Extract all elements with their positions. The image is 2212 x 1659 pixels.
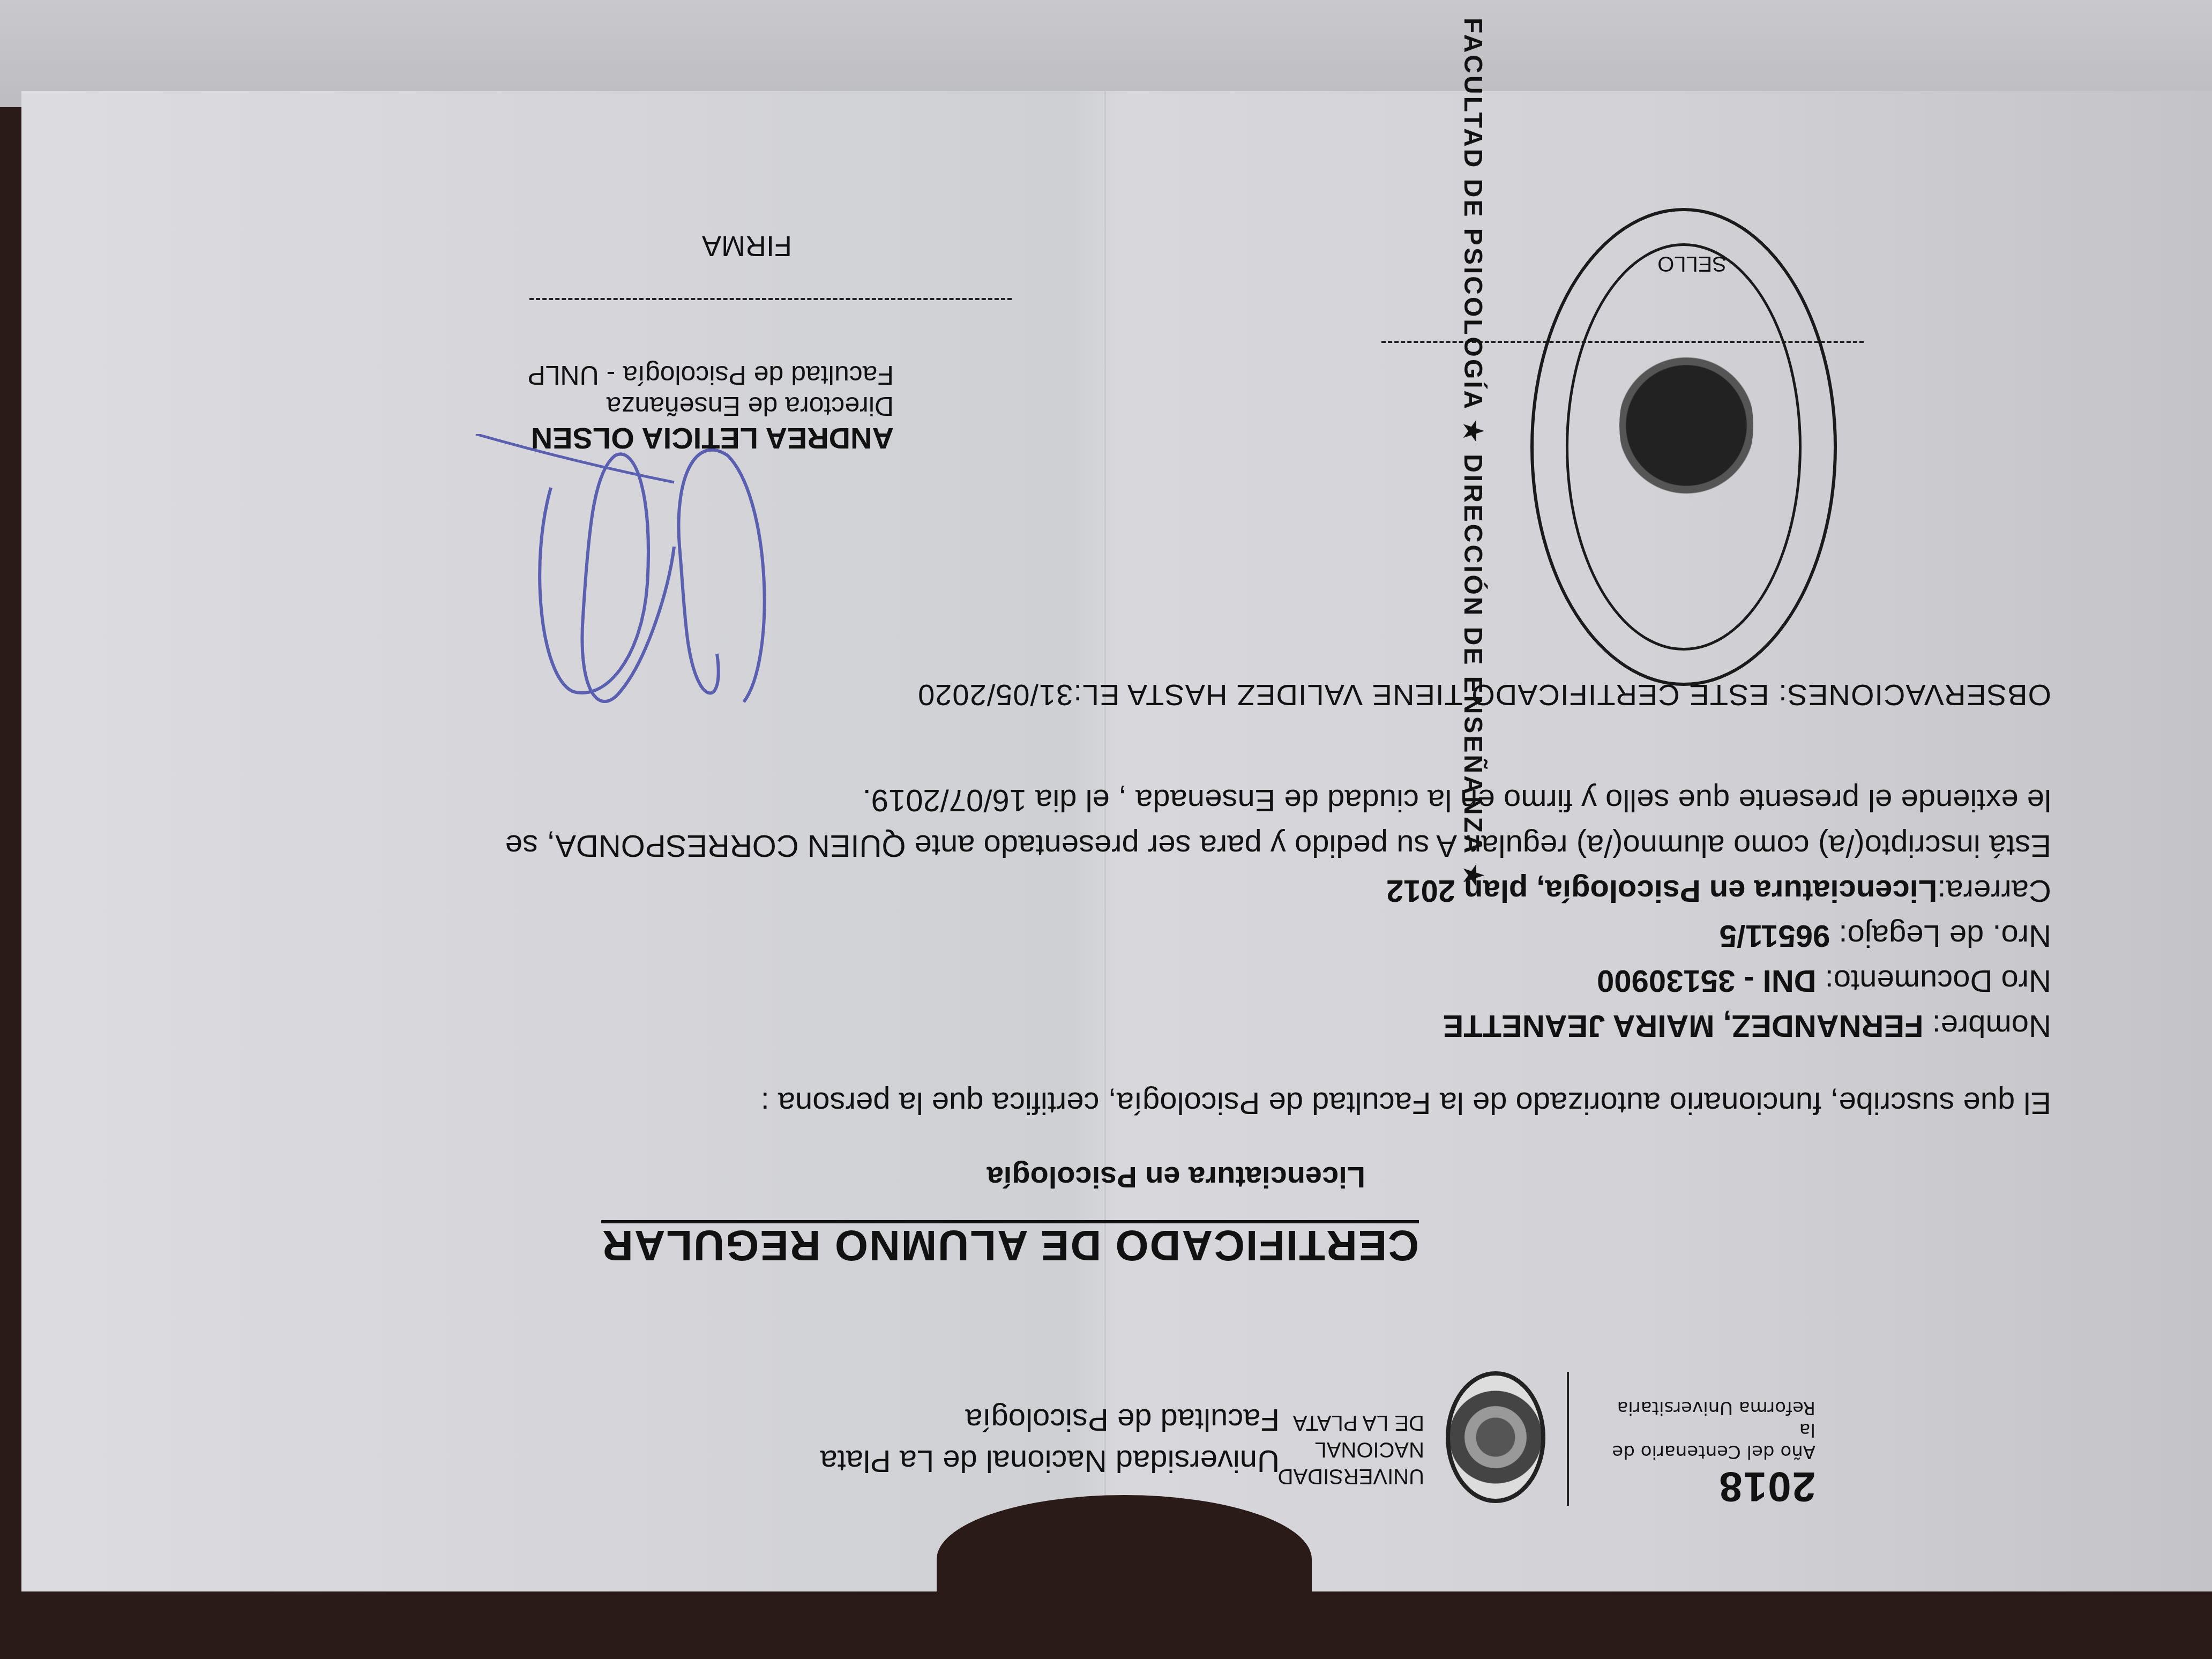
university-crest-icon [1446, 1371, 1545, 1503]
legajo-row: Nro. de Legajo: 96511/5 [69, 913, 2051, 958]
carrera-row: Carrera:Licenciatura en Psicología, plan… [69, 868, 2051, 913]
stamp-sello-label: SELLO [1657, 251, 1727, 275]
header-divider [1567, 1372, 1569, 1506]
document-row: Nro Documento: DNI - 35130900 [69, 958, 2051, 1003]
signer-name: ANDREA LETICIA OLSEN [527, 421, 894, 455]
stamp-outer-text: FACULTAD DE PSICOLOGÍA ★ DIRECCIÓN DE EN… [1458, 18, 1488, 889]
carrera-label: Carrera: [1937, 873, 2051, 908]
statement-line-2: le extiende el presente que sello y firm… [69, 778, 2051, 823]
centenario-line-1: Año del Centenario de la [1590, 1418, 1815, 1462]
handwritten-signature [465, 434, 808, 723]
document-value: DNI - 35130900 [1597, 963, 1816, 998]
signer-role: Directora de Enseñanza [527, 390, 894, 421]
statement-line-1: Está inscripto(/a) como alumno(/a) regul… [69, 823, 2051, 868]
official-stamp: FACULTAD DE PSICOLOGÍA ★ DIRECCIÓN DE EN… [1530, 208, 1837, 686]
faculty-name: Facultad de Psicología [820, 1402, 1280, 1438]
signature-line [529, 298, 1012, 300]
year-mark: 2018 [1718, 1462, 1815, 1511]
legajo-label: Nro. de Legajo: [1839, 918, 2051, 953]
name-label: Nombre: [1932, 1008, 2051, 1043]
name-value: FERNANDEZ, MAIRA JEANETTE [1443, 1008, 1924, 1043]
certificate-title: CERTIFICADO DE ALUMNO REGULAR [601, 1221, 1419, 1270]
university-block: UNIVERSIDAD NACIONAL DE LA PLATA Univers… [820, 1402, 1424, 1490]
paper-torn-edge [937, 1495, 1312, 1624]
centenario-line-2: Reforma Universitaria [1617, 1397, 1815, 1419]
seal-emblem-icon [1619, 340, 1753, 511]
firma-label: FIRMA [702, 229, 792, 263]
letterhead: 2018 Año del Centenario de la Reforma Un… [820, 1371, 1815, 1511]
certificate-subtitle: Licenciatura en Psicología [987, 1160, 1365, 1195]
certificate-body: El que suscribe, funcionario autorizado … [69, 778, 2051, 1125]
centenario-block: 2018 Año del Centenario de la Reforma Un… [1590, 1397, 1815, 1511]
university-name: Universidad Nacional de La Plata [820, 1443, 1280, 1479]
signer-institution: Facultad de Psicología - UNLP [527, 360, 894, 391]
signer-block: ANDREA LETICIA OLSEN Directora de Enseña… [527, 360, 894, 455]
certificate-paper: 2018 Año del Centenario de la Reforma Un… [21, 91, 2212, 1591]
document-label: Nro Documento: [1825, 963, 2051, 998]
legajo-value: 96511/5 [1720, 918, 1830, 953]
intro-text: El que suscribe, funcionario autorizado … [69, 1080, 2051, 1125]
name-row: Nombre: FERNANDEZ, MAIRA JEANETTE [69, 1003, 2051, 1048]
